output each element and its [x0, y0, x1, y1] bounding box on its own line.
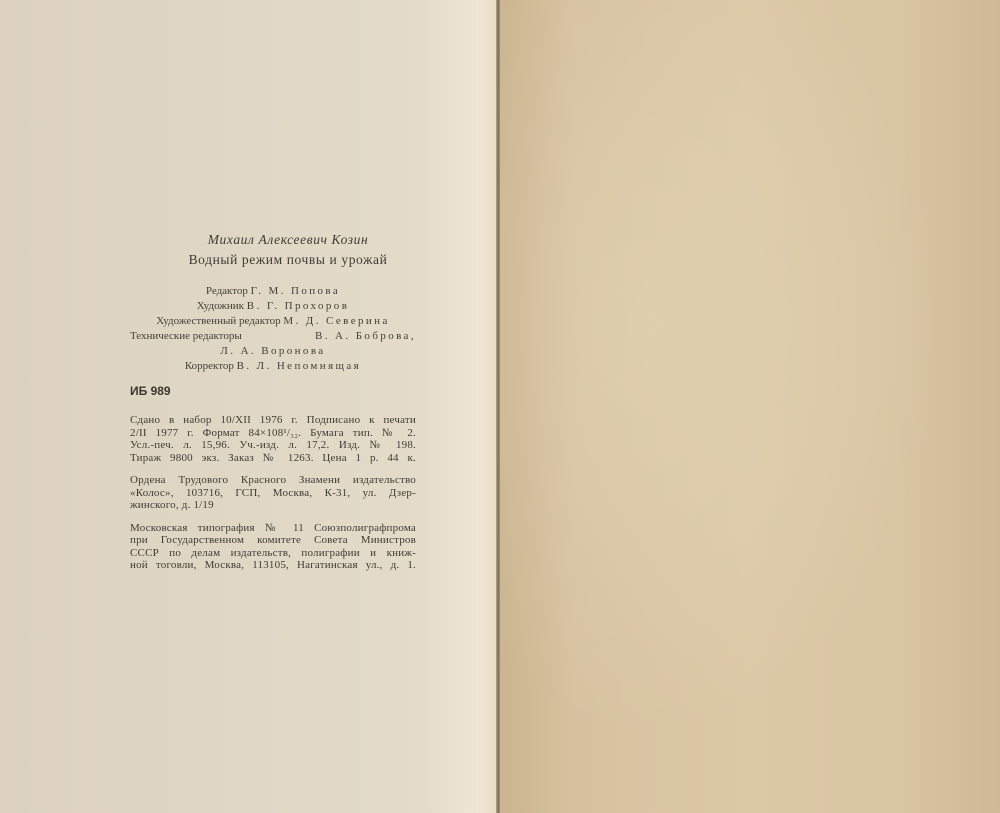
- credit-proofreader: Корректор В. Л. Непомнящая: [130, 359, 416, 374]
- ib-number: ИБ 989: [130, 384, 416, 398]
- credits-list: Редактор Г. М. Попова Художник В. Г. Про…: [130, 284, 416, 374]
- right-page-blank: [500, 0, 1000, 813]
- print-info: Сдано в набор 10/XII 1976 г. Подписано к…: [130, 414, 416, 464]
- printer-info: Московская типография № 11 Союзполиграфп…: [130, 522, 416, 572]
- credit-art-editor: Художественный редактор М. Д. Северина: [130, 314, 416, 329]
- credit-tech-editor-2: Л. А. Воронова: [130, 344, 416, 359]
- publisher-info: Ордена Трудового Красного Знамени издате…: [130, 474, 416, 512]
- book-title: Водный режим почвы и урожай: [160, 252, 416, 268]
- book-author: Михаил Алексеевич Козин: [160, 232, 416, 248]
- imprint-block: Михаил Алексеевич Козин Водный режим поч…: [130, 232, 416, 572]
- credit-editor: Редактор Г. М. Попова: [130, 284, 416, 299]
- credit-artist: Художник В. Г. Прохоров: [130, 299, 416, 314]
- credit-tech-editors: Технические редакторы В. А. Боброва,: [130, 329, 416, 344]
